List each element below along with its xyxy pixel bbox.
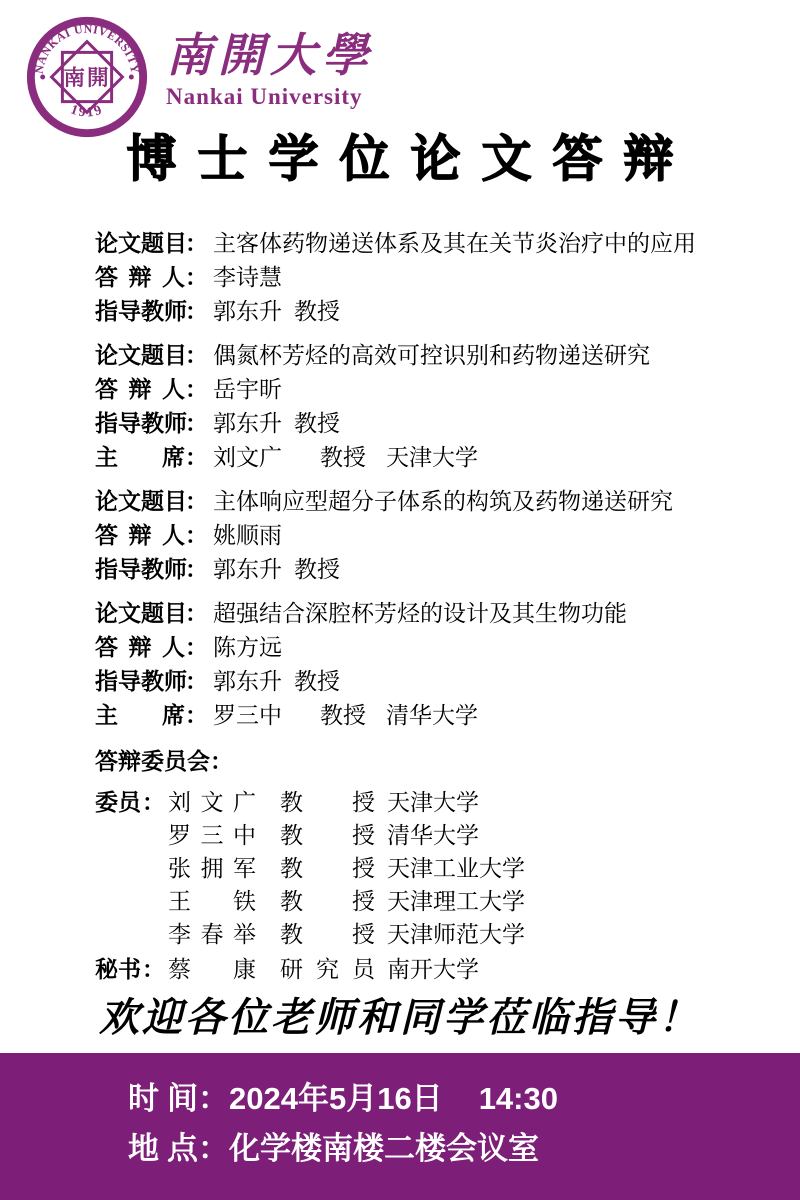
defense-poster: NANKAI UNIVERSITY 1919 南開 南開大學 Nankai Un… xyxy=(0,0,800,1200)
advisor-label: 指导教师 xyxy=(95,294,185,328)
thesis-row: 论文题目：超强结合深腔杯芳烃的设计及其生物功能 xyxy=(95,596,800,630)
advisor-label: 指导教师 xyxy=(95,664,185,698)
chair-name: 刘文广 xyxy=(213,440,320,474)
member-title: 教授 xyxy=(280,786,375,819)
university-brand: NANKAI UNIVERSITY 1919 南開 南開大學 Nankai Un… xyxy=(22,12,374,142)
candidate-label: 答辩人 xyxy=(95,372,185,406)
thesis-title: 主客体药物递送体系及其在关节炎治疗中的应用 xyxy=(213,230,696,256)
chair-label: 主席 xyxy=(95,440,185,474)
thesis-row: 论文题目：主客体药物递送体系及其在关节炎治疗中的应用 xyxy=(95,226,800,260)
thesis-label: 论文题目 xyxy=(95,484,185,518)
candidate-name: 李诗慧 xyxy=(213,264,282,290)
label-colon: ： xyxy=(198,1131,229,1166)
chair-row: 主席：罗三中教授清华大学 xyxy=(95,698,800,732)
defense-session-3: 论文题目：主体响应型超分子体系的构筑及药物递送研究 答辩人：姚顺雨 指导教师：郭… xyxy=(0,484,800,586)
event-time-row: 时间：2024年5月16日14:30 xyxy=(128,1074,800,1124)
event-date: 2024年5月16日 xyxy=(229,1081,443,1116)
chair-title: 教授 xyxy=(320,698,386,732)
session-list: 论文题目：主客体药物递送体系及其在关节炎治疗中的应用 答辩人：李诗慧 指导教师：… xyxy=(0,226,800,732)
welcome-banner: 欢迎各位老师和同学莅临指导！ xyxy=(0,992,800,1044)
member-label: 委员 xyxy=(95,786,142,819)
candidate-label: 答辩人 xyxy=(95,630,185,664)
advisor-name: 郭东升 xyxy=(213,298,282,324)
thesis-row: 论文题目：主体响应型超分子体系的构筑及药物递送研究 xyxy=(95,484,800,518)
committee-secretary-row: 秘书：蔡康研究员南开大学 xyxy=(95,953,800,986)
advisor-name: 郭东升 xyxy=(213,410,282,436)
label-colon: ： xyxy=(185,298,208,324)
label-colon: ： xyxy=(185,342,208,368)
label-colon: ： xyxy=(185,702,208,728)
event-info-bar: 时间：2024年5月16日14:30 地点：化学楼南楼二楼会议室 xyxy=(0,1053,800,1200)
seal-right-dot xyxy=(129,75,134,80)
advisor-row: 指导教师：郭东升教授 xyxy=(95,552,800,586)
secretary-label: 秘书 xyxy=(95,953,142,986)
seal-center-text: 南開 xyxy=(63,65,110,90)
chair-affiliation: 天津大学 xyxy=(386,444,478,470)
label-colon: ： xyxy=(185,230,208,256)
thesis-label: 论文题目 xyxy=(95,226,185,260)
defense-session-4: 论文题目：超强结合深腔杯芳烃的设计及其生物功能 答辩人：陈方远 指导教师：郭东升… xyxy=(0,596,800,732)
member-title: 教授 xyxy=(280,885,375,918)
committee-heading: 答辩委员会： xyxy=(95,748,800,774)
advisor-label: 指导教师 xyxy=(95,552,185,586)
member-name: 罗三中 xyxy=(168,819,256,852)
advisor-label: 指导教师 xyxy=(95,406,185,440)
label-colon: ： xyxy=(185,600,208,626)
candidate-name: 陈方远 xyxy=(213,634,282,660)
candidate-row: 答辩人：岳宇昕 xyxy=(95,372,800,406)
event-clock: 14:30 xyxy=(479,1081,558,1116)
candidate-name: 姚顺雨 xyxy=(213,522,282,548)
place-label: 地点 xyxy=(128,1124,198,1174)
label-colon: ： xyxy=(142,786,168,819)
member-name: 王铁 xyxy=(168,885,256,918)
member-title: 教授 xyxy=(280,852,375,885)
candidate-row: 答辩人：李诗慧 xyxy=(95,260,800,294)
defense-session-1: 论文题目：主客体药物递送体系及其在关节炎治疗中的应用 答辩人：李诗慧 指导教师：… xyxy=(0,226,800,328)
advisor-row: 指导教师：郭东升教授 xyxy=(95,294,800,328)
member-affiliation: 天津工业大学 xyxy=(387,855,525,881)
label-colon: ： xyxy=(185,444,208,470)
label-colon: ： xyxy=(185,556,208,582)
advisor-name: 郭东升 xyxy=(213,556,282,582)
time-label: 时间 xyxy=(128,1074,198,1124)
member-title: 教授 xyxy=(280,918,375,951)
member-title: 教授 xyxy=(280,819,375,852)
committee-member-row: 李春举教授天津师范大学 xyxy=(95,918,800,951)
member-name: 刘文广 xyxy=(168,786,256,819)
label-colon: ： xyxy=(185,488,208,514)
chair-affiliation: 清华大学 xyxy=(386,702,478,728)
advisor-title: 教授 xyxy=(294,556,340,582)
secretary-title: 研究员 xyxy=(280,953,375,986)
label-colon: ： xyxy=(185,522,208,548)
chair-title: 教授 xyxy=(320,440,386,474)
advisor-name: 郭东升 xyxy=(213,668,282,694)
thesis-title: 超强结合深腔杯芳烃的设计及其生物功能 xyxy=(213,600,627,626)
advisor-row: 指导教师：郭东升教授 xyxy=(95,406,800,440)
candidate-row: 答辩人：姚顺雨 xyxy=(95,518,800,552)
member-affiliation: 天津理工大学 xyxy=(387,888,525,914)
secretary-name: 蔡康 xyxy=(168,953,256,986)
candidate-label: 答辩人 xyxy=(95,518,185,552)
chair-row: 主席：刘文广教授天津大学 xyxy=(95,440,800,474)
member-name: 张拥军 xyxy=(168,852,256,885)
label-colon: ： xyxy=(185,410,208,436)
thesis-label: 论文题目 xyxy=(95,338,185,372)
thesis-label: 论文题目 xyxy=(95,596,185,630)
committee-member-row: 张拥军教授天津工业大学 xyxy=(95,852,800,885)
member-name: 李春举 xyxy=(168,918,256,951)
member-affiliation: 清华大学 xyxy=(387,822,479,848)
candidate-row: 答辩人：陈方远 xyxy=(95,630,800,664)
advisor-title: 教授 xyxy=(294,668,340,694)
advisor-title: 教授 xyxy=(294,298,340,324)
university-logotype: 南開大學 Nankai University xyxy=(166,12,374,110)
event-place: 化学楼南楼二楼会议室 xyxy=(229,1131,539,1166)
label-colon: ： xyxy=(198,1081,229,1116)
label-colon: ： xyxy=(185,264,208,290)
label-colon: ： xyxy=(185,634,208,660)
committee-member-row: 委员：刘文广教授天津大学 xyxy=(95,786,800,819)
label-colon: ： xyxy=(142,953,168,986)
defense-session-2: 论文题目：偶氮杯芳烃的高效可控识别和药物递送研究 答辩人：岳宇昕 指导教师：郭东… xyxy=(0,338,800,474)
committee-heading-text: 答辩委员会 xyxy=(95,748,210,774)
label-colon: ： xyxy=(185,376,208,402)
thesis-title: 偶氮杯芳烃的高效可控识别和药物递送研究 xyxy=(213,342,650,368)
advisor-row: 指导教师：郭东升教授 xyxy=(95,664,800,698)
thesis-title: 主体响应型超分子体系的构筑及药物递送研究 xyxy=(213,488,673,514)
thesis-row: 论文题目：偶氮杯芳烃的高效可控识别和药物递送研究 xyxy=(95,338,800,372)
member-affiliation: 天津大学 xyxy=(387,789,479,815)
member-affiliation: 天津师范大学 xyxy=(387,921,525,947)
university-seal-icon: NANKAI UNIVERSITY 1919 南開 xyxy=(22,12,152,142)
committee-member-row: 王铁教授天津理工大学 xyxy=(95,885,800,918)
chair-name: 罗三中 xyxy=(213,698,320,732)
label-colon: ： xyxy=(185,668,208,694)
committee-member-row: 罗三中教授清华大学 xyxy=(95,819,800,852)
advisor-title: 教授 xyxy=(294,410,340,436)
secretary-affiliation: 南开大学 xyxy=(387,956,479,982)
label-colon: ： xyxy=(210,748,233,774)
seal-left-dot xyxy=(40,75,45,80)
university-name-en: Nankai University xyxy=(166,84,374,110)
university-name-zh: 南開大學 xyxy=(166,26,374,84)
candidate-name: 岳宇昕 xyxy=(213,376,282,402)
candidate-label: 答辩人 xyxy=(95,260,185,294)
event-place-row: 地点：化学楼南楼二楼会议室 xyxy=(128,1124,800,1174)
committee-list: 委员：刘文广教授天津大学 罗三中教授清华大学 张拥军教授天津工业大学 王铁教授天… xyxy=(0,786,800,986)
chair-label: 主席 xyxy=(95,698,185,732)
